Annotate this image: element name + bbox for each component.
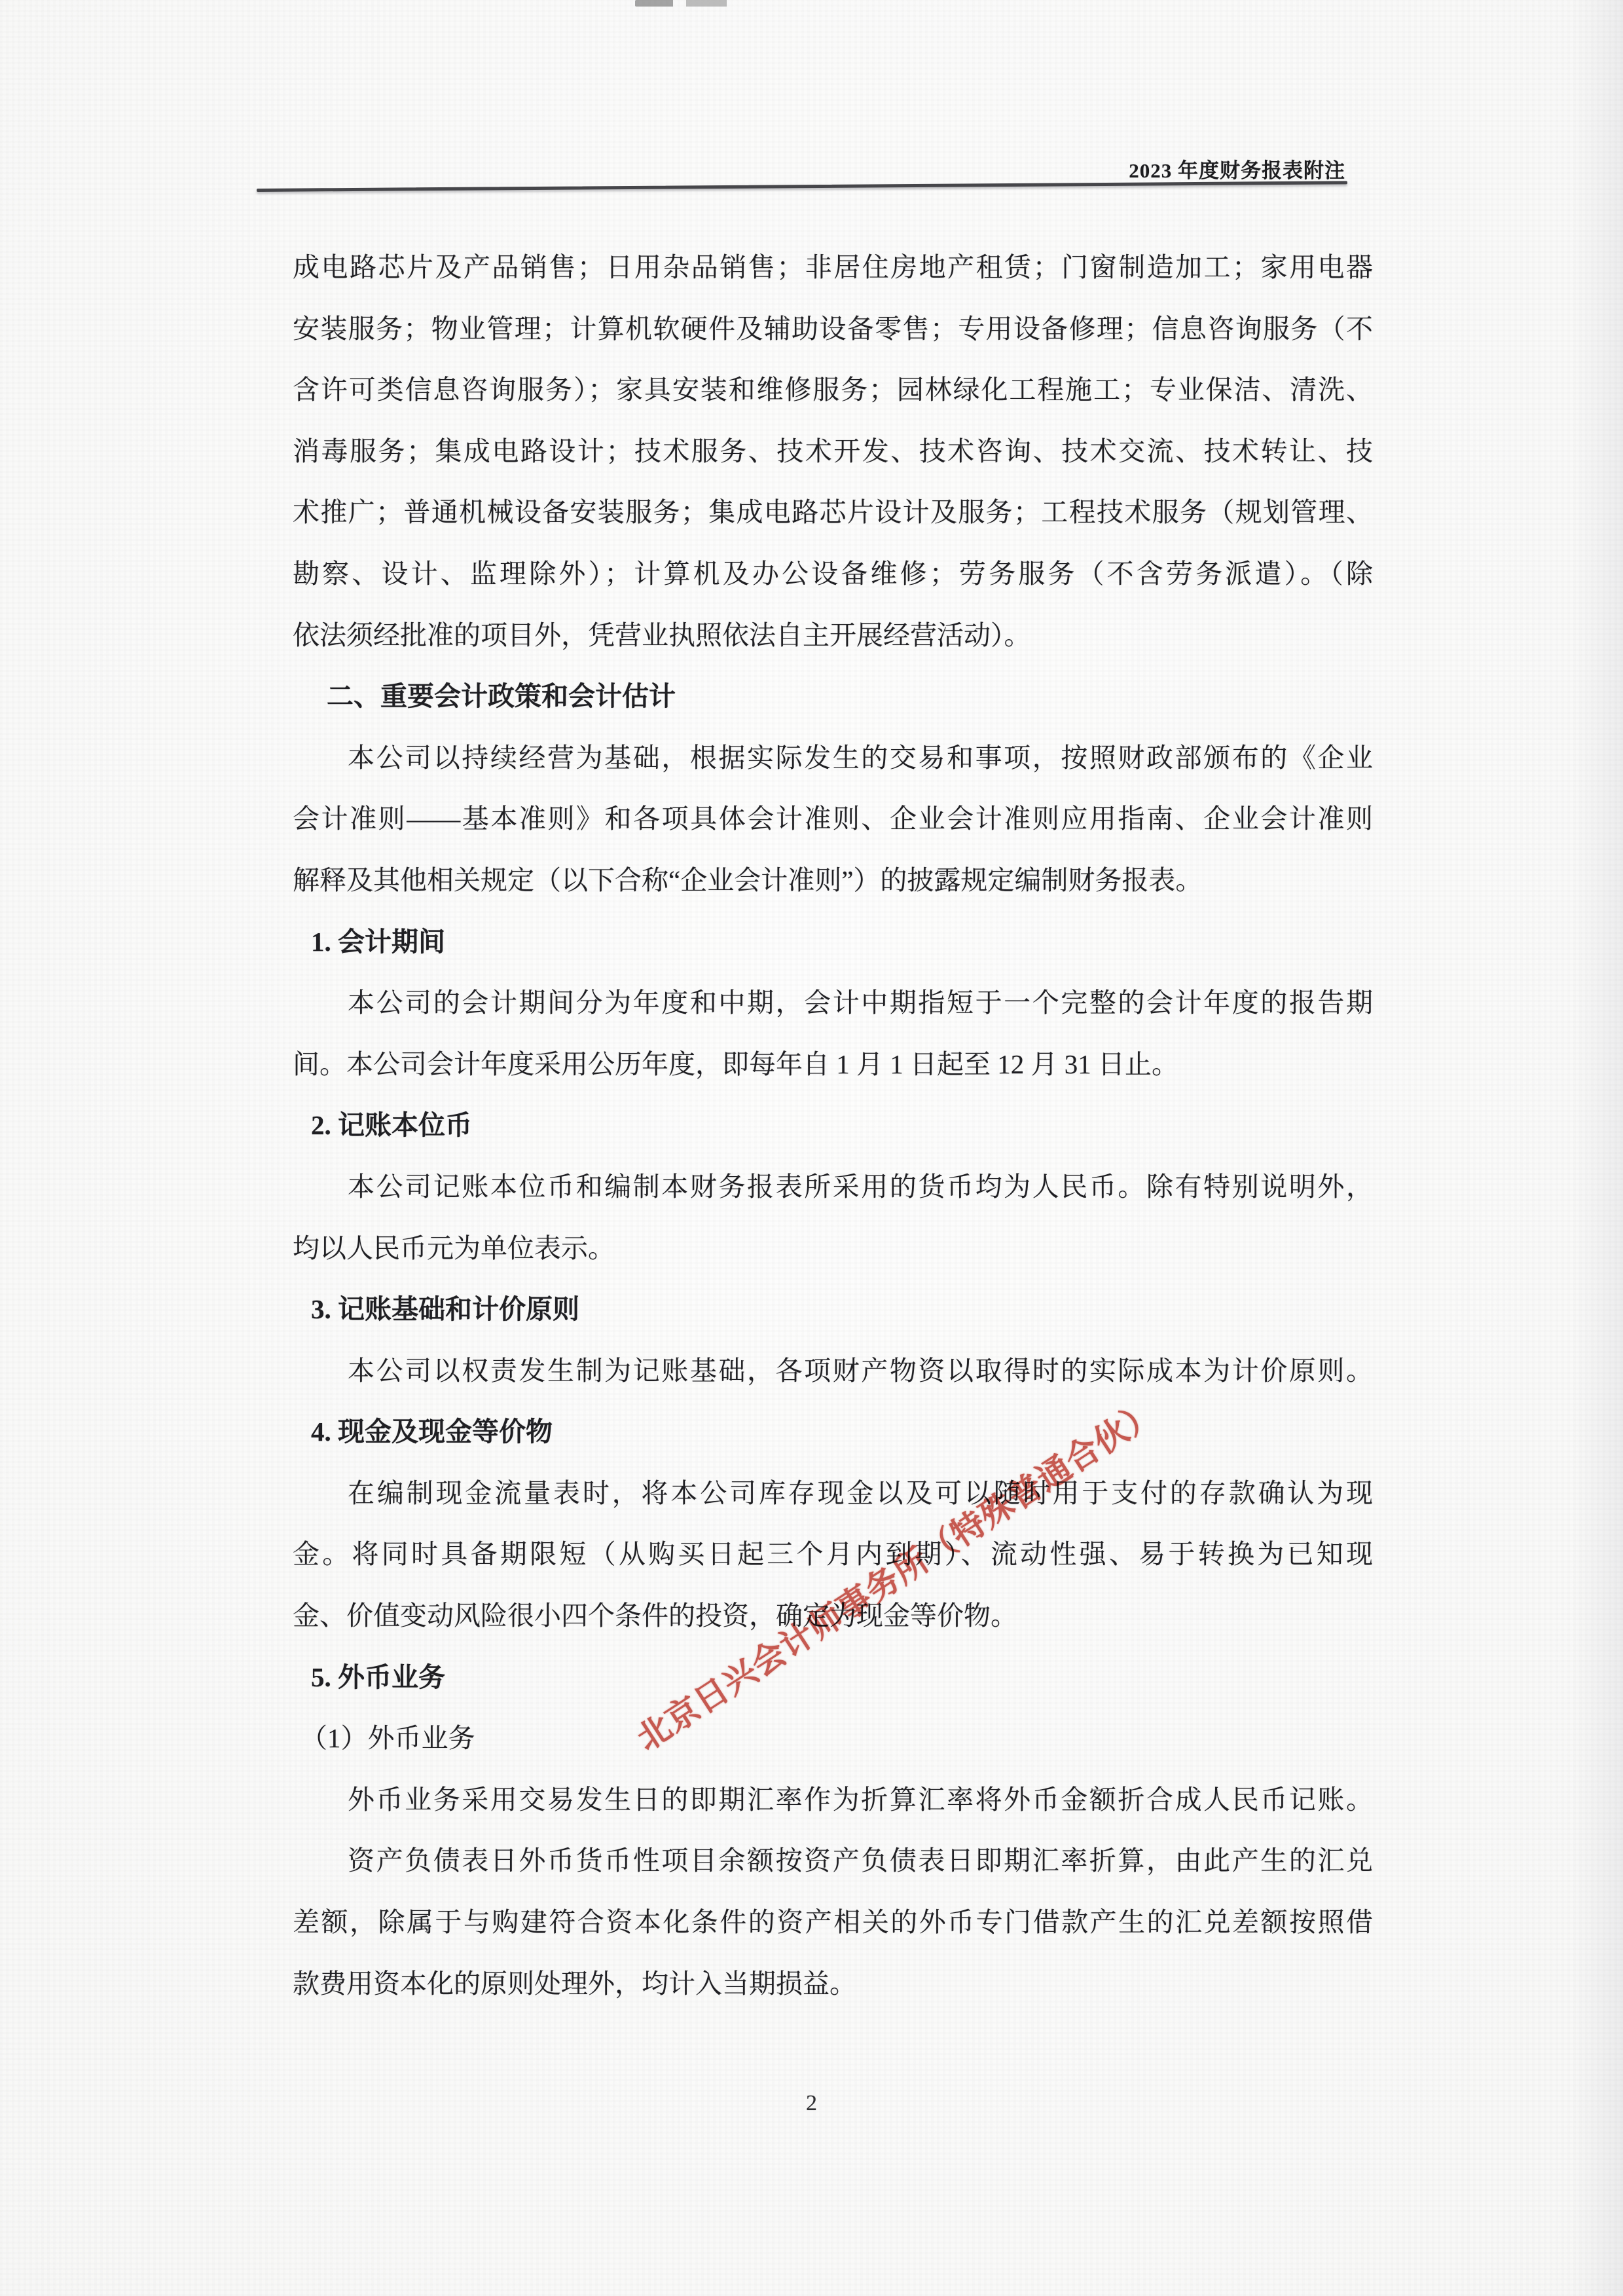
text-line: 依法须经批准的项目外，凭营业执照依法自主开展经营活动）。 — [293, 605, 1373, 667]
text-line: 均以人民币元为单位表示。 — [293, 1218, 1373, 1280]
section-heading-line: 5. 外币业务 — [293, 1647, 1373, 1709]
section-heading-line: （1）外币业务 — [293, 1708, 1373, 1769]
text-line: 会计准则——基本准则》和各项具体会计准则、企业会计准则应用指南、企业会计准则 — [293, 788, 1373, 850]
content-column: 成电路芯片及产品销售；日用杂品销售；非居住房地产租赁；门窗制造加工；家用电器安装… — [293, 237, 1373, 2014]
text-line: 款费用资本化的原则处理外，均计入当期损益。 — [293, 1953, 1373, 2015]
document-page: 2023 年度财务报表附注 成电路芯片及产品销售；日用杂品销售；非居住房地产租赁… — [0, 0, 1623, 2296]
text-line: 金。将同时具备期限短（从购买日起三个月内到期）、流动性强、易于转换为已知现 — [293, 1524, 1373, 1585]
scan-artifact — [635, 0, 773, 7]
text-line: 资产负债表日外币货币性项目余额按资产负债表日即期汇率折算，由此产生的汇兑 — [293, 1830, 1373, 1892]
text-line: 含许可类信息咨询服务）；家具安装和维修服务；园林绿化工程施工；专业保洁、清洗、 — [293, 360, 1373, 421]
text-line: 本公司的会计期间分为年度和中期，会计中期指短于一个完整的会计年度的报告期 — [293, 972, 1373, 1034]
text-line: 本公司以持续经营为基础，根据实际发生的交易和事项，按照财政部颁布的《企业 — [293, 728, 1373, 789]
text-line: 差额，除属于与购建符合资本化条件的资产相关的外币专门借款产生的汇兑差额按照借 — [293, 1892, 1373, 1953]
text-line: 成电路芯片及产品销售；日用杂品销售；非居住房地产租赁；门窗制造加工；家用电器 — [293, 237, 1373, 299]
section-heading-line: 二、重要会计政策和会计估计 — [293, 666, 1373, 728]
text-line: 本公司记账本位币和编制本财务报表所采用的货币均为人民币。除有特别说明外， — [293, 1157, 1373, 1218]
text-line: 在编制现金流量表时，将本公司库存现金以及可以随时用于支付的存款确认为现 — [293, 1463, 1373, 1525]
text-line: 术推广；普通机械设备安装服务；集成电路芯片设计及服务；工程技术服务（规划管理、 — [293, 482, 1373, 544]
text-line: 间。本公司会计年度采用公历年度，即每年自 1 月 1 日起至 12 月 31 日… — [293, 1034, 1373, 1096]
text-line: 勘察、设计、监理除外）；计算机及办公设备维修；劳务服务（不含劳务派遣）。（除 — [293, 544, 1373, 605]
section-heading-line: 1. 会计期间 — [293, 912, 1373, 973]
text-line: 金、价值变动风险很小四个条件的投资，确定为现金等价物。 — [293, 1585, 1373, 1647]
section-heading-line: 3. 记账基础和计价原则 — [293, 1279, 1373, 1341]
text-line: 本公司以权责发生制为记账基础，各项财产物资以取得时的实际成本为计价原则。 — [293, 1341, 1373, 1402]
section-heading-line: 2. 记账本位币 — [293, 1095, 1373, 1157]
text-line: 外币业务采用交易发生日的即期汇率作为折算汇率将外币金额折合成人民币记账。 — [293, 1769, 1373, 1831]
text-line: 解释及其他相关规定（以下合称“企业会计准则”）的披露规定编制财务报表。 — [293, 850, 1373, 912]
page-number: 2 — [0, 2084, 1623, 2123]
section-heading-line: 4. 现金及现金等价物 — [293, 1401, 1373, 1463]
text-line: 安装服务；物业管理；计算机软硬件及辅助设备零售；专用设备修理；信息咨询服务（不 — [293, 299, 1373, 360]
text-line: 消毒服务；集成电路设计；技术服务、技术开发、技术咨询、技术交流、技术转让、技 — [293, 421, 1373, 483]
